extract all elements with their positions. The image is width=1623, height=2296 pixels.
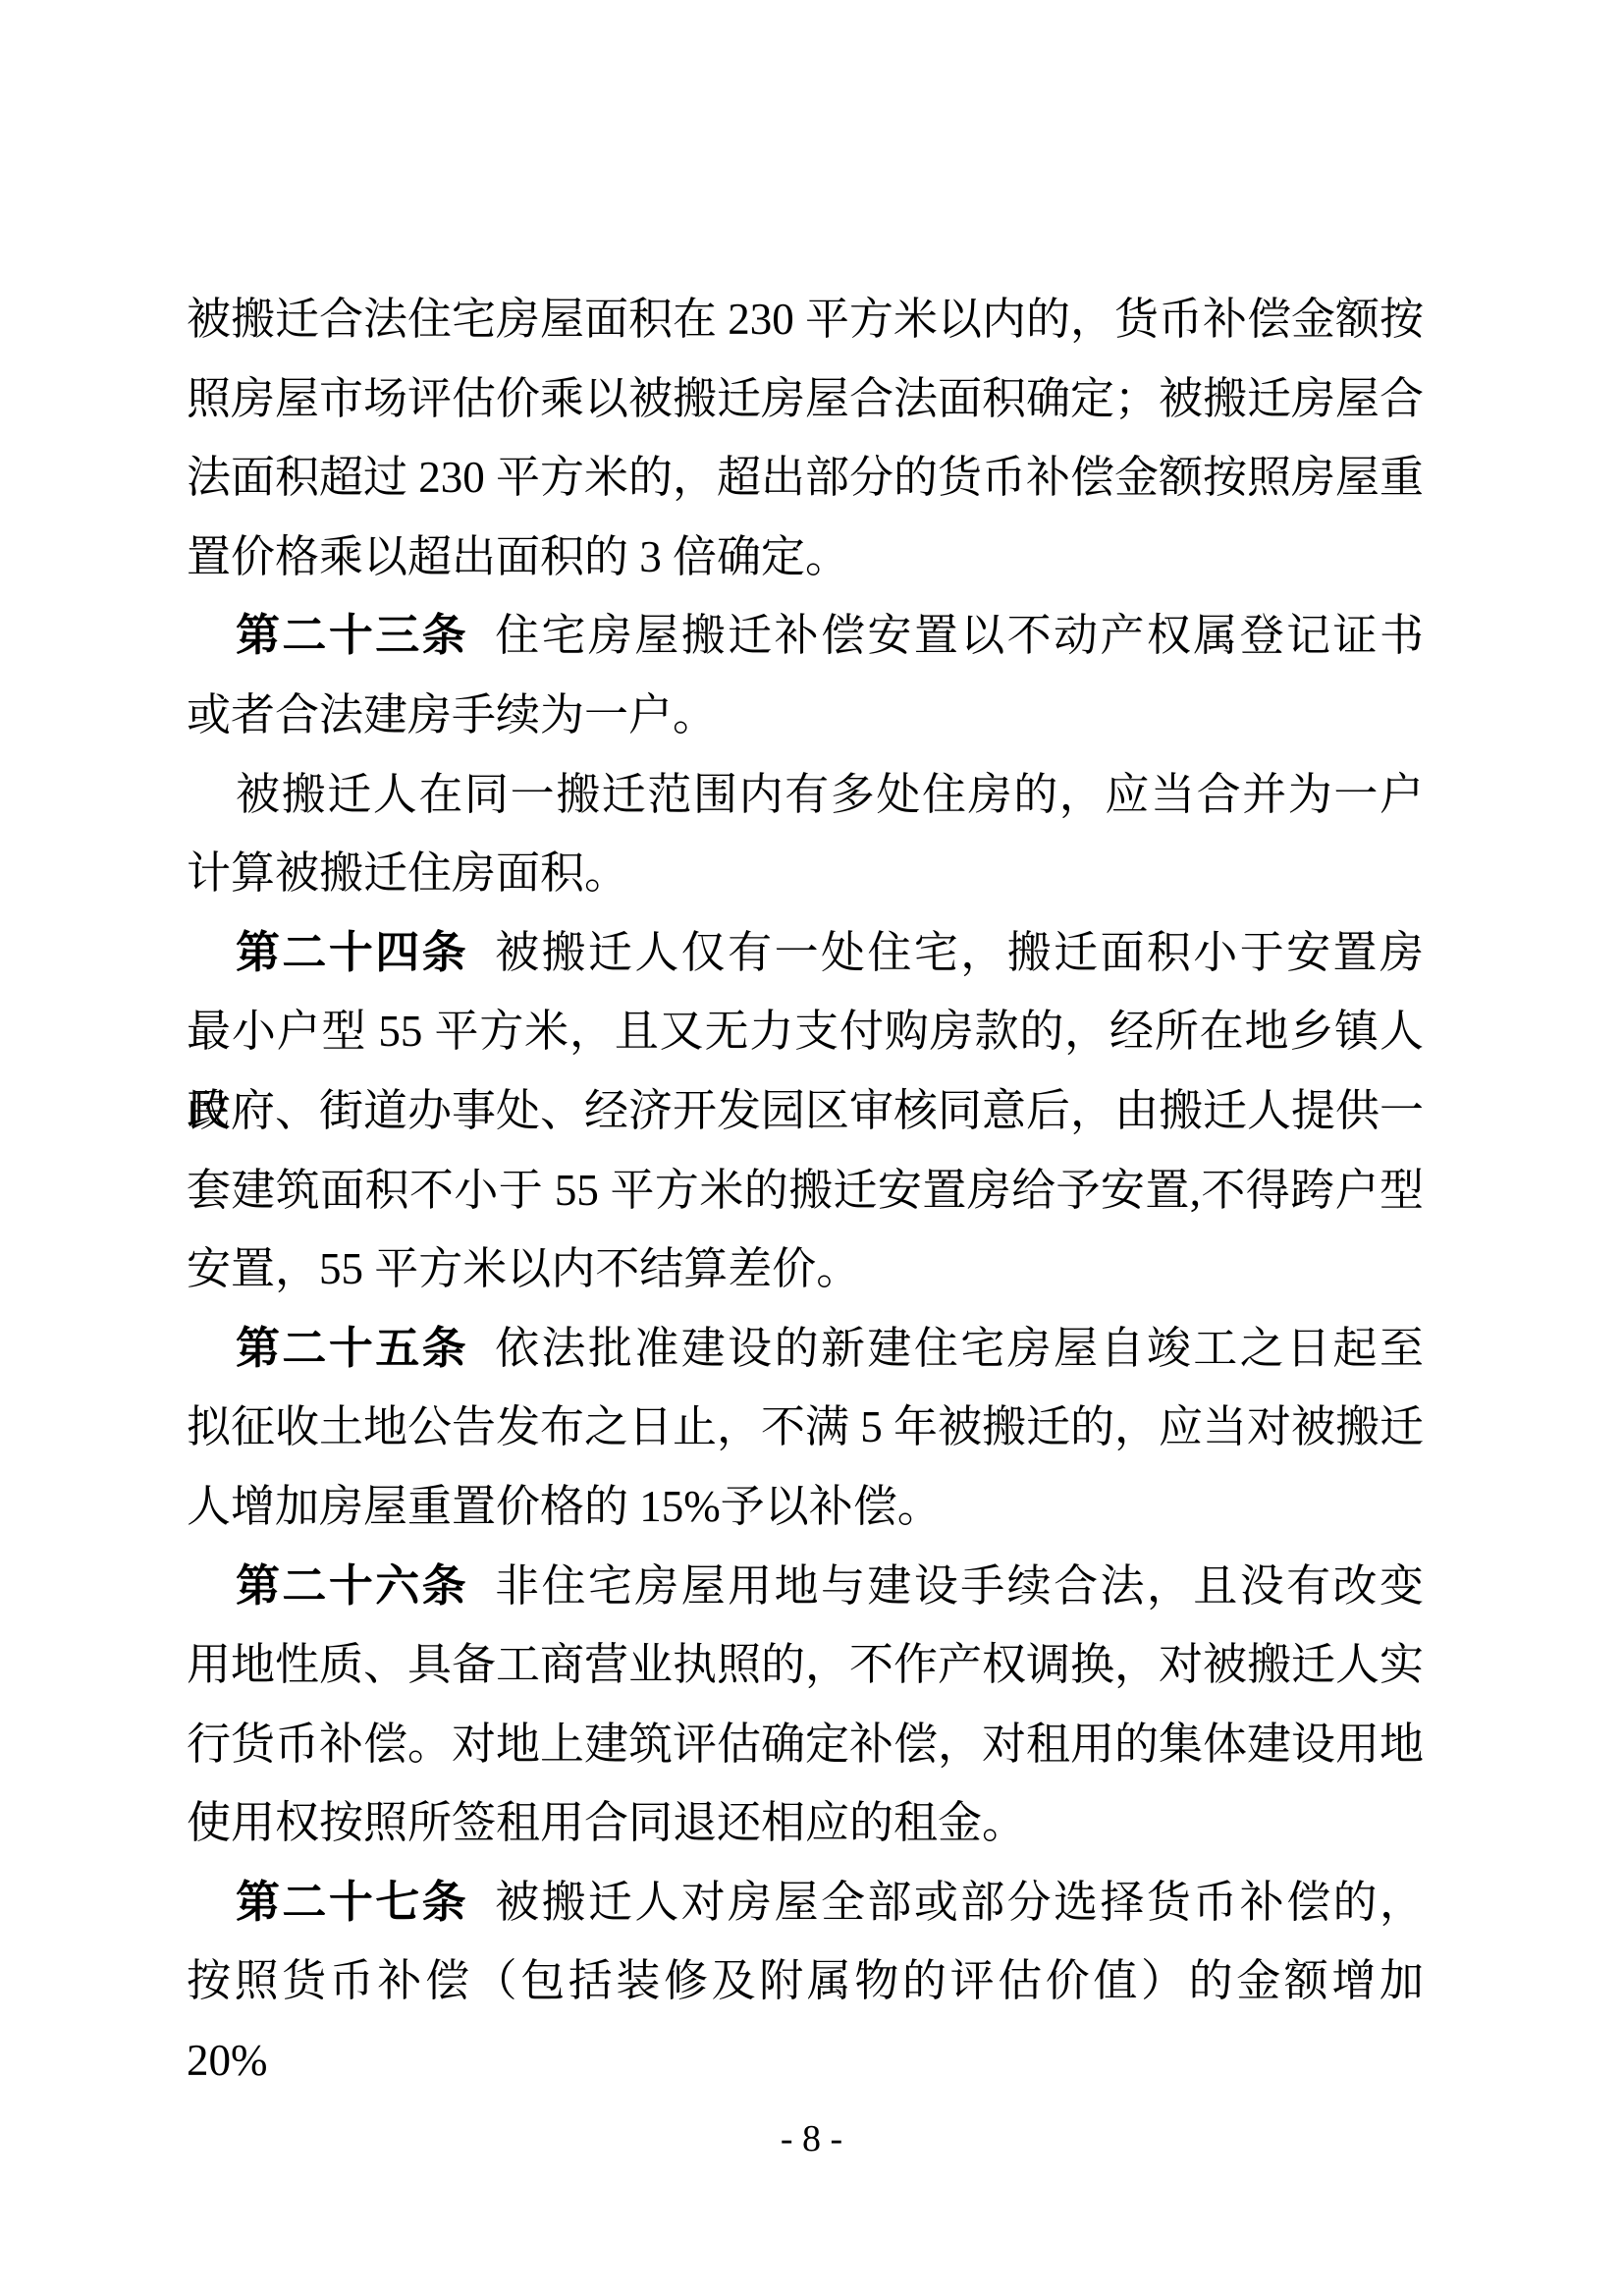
document-line: 第二十六条非住宅房屋用地与建设手续合法，且没有改变 [187,1547,1424,1626]
article-number-lead: 第二十五条 [236,1324,468,1373]
document-line: 第二十七条被搬迁人对房屋全部或部分选择货币补偿的， [187,1863,1424,1942]
document-line: 人增加房屋重置价格的 15%予以补偿。 [187,1467,1424,1547]
line-text: 按照货币补偿（包括装修及附属物的评估价值）的金额增加 20% [187,1956,1424,2085]
document-line: 第二十五条依法批准建设的新建住宅房屋自竣工之日起至 [187,1309,1424,1389]
document-line: 行货币补偿。对地上建筑评估确定补偿，对租用的集体建设用地 [187,1705,1424,1784]
document-line: 安置，55 平方米以内不结算差价。 [187,1230,1424,1309]
line-text: 被搬迁人仅有一处住宅，搬迁面积小于安置房 [495,928,1424,977]
document-line: 拟征收土地公告发布之日止，不满 5 年被搬迁的，应当对被搬迁 [187,1388,1424,1467]
line-text: 使用权按照所签租用合同退还相应的租金。 [187,1798,1026,1847]
line-text: 用地性质、具备工商营业执照的，不作产权调换，对被搬迁人实 [187,1640,1424,1689]
document-line: 第二十三条住宅房屋搬迁补偿安置以不动产权属登记证书 [187,596,1424,676]
article-number-lead: 第二十三条 [236,611,468,660]
line-text: 法面积超过 230 平方米的，超出部分的货币补偿金额按照房屋重 [187,453,1424,502]
line-text: 依法批准建设的新建住宅房屋自竣工之日起至 [495,1324,1424,1373]
document-line: 第二十四条被搬迁人仅有一处住宅，搬迁面积小于安置房 [187,913,1424,993]
line-text: 照房屋市场评估价乘以被搬迁房屋合法面积确定；被搬迁房屋合 [187,374,1424,423]
line-text: 置价格乘以超出面积的 3 倍确定。 [187,532,849,581]
document-line: 置价格乘以超出面积的 3 倍确定。 [187,518,1424,597]
article-number-lead: 第二十七条 [236,1878,468,1927]
document-line: 被搬迁人在同一搬迁范围内有多处住房的，应当合并为一户 [187,755,1424,835]
document-line: 用地性质、具备工商营业执照的，不作产权调换，对被搬迁人实 [187,1625,1424,1705]
document-line: 或者合法建房手续为一户。 [187,676,1424,755]
line-text: 行货币补偿。对地上建筑评估确定补偿，对租用的集体建设用地 [187,1720,1424,1769]
document-line: 最小户型 55 平方米，且又无力支付购房款的，经所在地乡镇人民 [187,992,1424,1071]
line-text: 非住宅房屋用地与建设手续合法，且没有改变 [495,1561,1424,1611]
line-text: 人增加房屋重置价格的 15%予以补偿。 [187,1482,942,1531]
document-body: 被搬迁合法住宅房屋面积在 230 平方米以内的，货币补偿金额按 照房屋市场评估价… [187,280,1424,2021]
line-text: 住宅房屋搬迁补偿安置以不动产权属登记证书 [495,611,1424,660]
document-line: 计算被搬迁住房面积。 [187,834,1424,913]
document-line: 被搬迁合法住宅房屋面积在 230 平方米以内的，货币补偿金额按 [187,280,1424,359]
line-text: 被搬迁人在同一搬迁范围内有多处住房的，应当合并为一户 [236,770,1424,819]
line-text: 拟征收土地公告发布之日止，不满 5 年被搬迁的，应当对被搬迁 [187,1402,1424,1451]
line-text: 或者合法建房手续为一户。 [187,690,717,739]
document-line: 照房屋市场评估价乘以被搬迁房屋合法面积确定；被搬迁房屋合 [187,359,1424,439]
document-line: 使用权按照所签租用合同退还相应的租金。 [187,1783,1424,1863]
line-text: 计算被搬迁住房面积。 [187,848,628,898]
document-line: 法面积超过 230 平方米的，超出部分的货币补偿金额按照房屋重 [187,438,1424,518]
line-text: 被搬迁合法住宅房屋面积在 230 平方米以内的，货币补偿金额按 [187,295,1424,344]
page-number: - 8 - [0,2113,1623,2164]
document-line: 政府、街道办事处、经济开发园区审核同意后，由搬迁人提供一 [187,1071,1424,1151]
document-line: 按照货币补偿（包括装修及附属物的评估价值）的金额增加 20% [187,1941,1424,2021]
line-text: 安置，55 平方米以内不结算差价。 [187,1244,860,1293]
document-line: 套建筑面积不小于 55 平方米的搬迁安置房给予安置,不得跨户型 [187,1151,1424,1230]
line-text: 政府、街道办事处、经济开发园区审核同意后，由搬迁人提供一 [187,1086,1424,1135]
line-text: 被搬迁人对房屋全部或部分选择货币补偿的， [495,1878,1424,1927]
article-number-lead: 第二十四条 [236,928,468,977]
document-page: 被搬迁合法住宅房屋面积在 230 平方米以内的，货币补偿金额按 照房屋市场评估价… [0,0,1623,2296]
line-text: 套建筑面积不小于 55 平方米的搬迁安置房给予安置,不得跨户型 [187,1166,1424,1215]
article-number-lead: 第二十六条 [236,1561,468,1611]
